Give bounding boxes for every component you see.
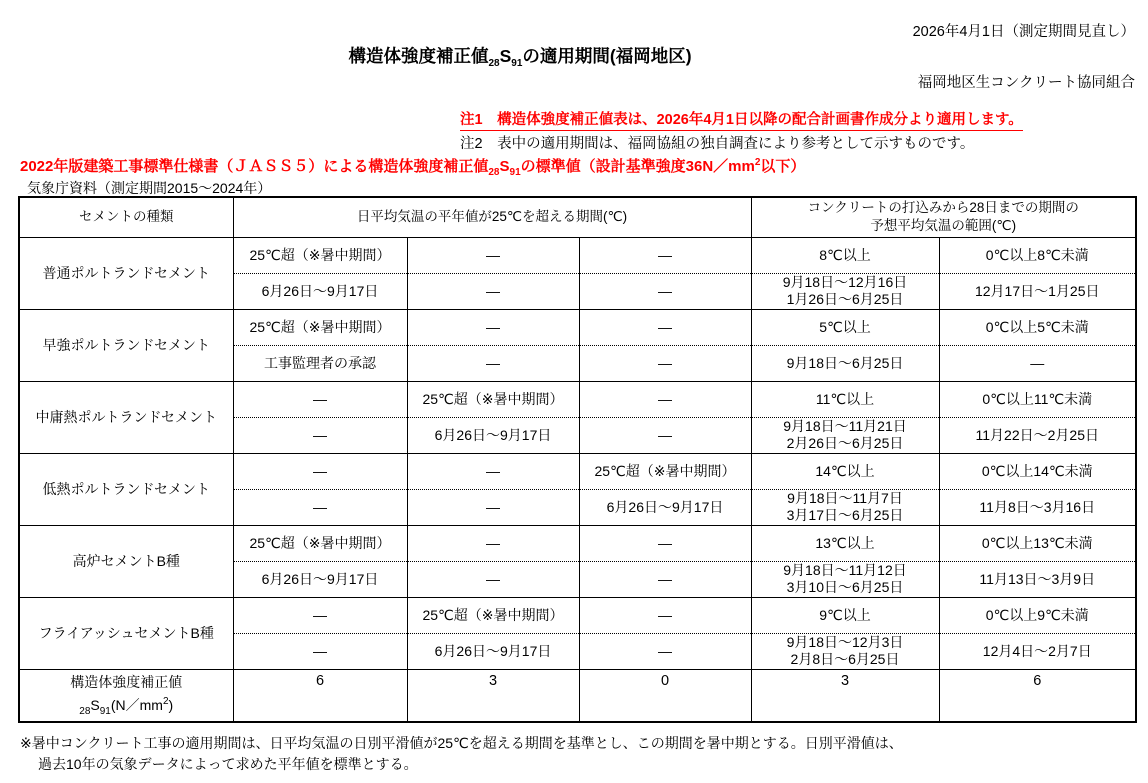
expected-temp-cell: 14℃以上: [751, 453, 939, 489]
avg-temp-period-cell: ―: [407, 453, 579, 489]
header-expected-line2: 予想平均気温の範囲(℃): [754, 217, 1134, 235]
page-container: 2026年4月1日（測定期間見直し） 構造体強度補正値28S91の適用期間(福岡…: [0, 0, 1148, 783]
temp-range-cell: ―: [939, 345, 1136, 381]
avg-temp-period-cell: ―: [233, 381, 407, 417]
cement-row-upper: 早強ポルトランドセメント25℃超（※暑中期間）――5℃以上0℃以上5℃未満: [19, 309, 1136, 345]
temp-range-cell: 11月8日～3月16日: [939, 489, 1136, 525]
avg-temp-period-cell: 25℃超（※暑中期間）: [407, 381, 579, 417]
correction-value-cell: 3: [407, 669, 579, 722]
avg-temp-period-cell: 6月26日～9月17日: [407, 633, 579, 669]
std-heading-prefix: 2022年版建築工事標準仕様書（ＪＡＳＳ５）による構造体強度補正値: [20, 158, 488, 175]
expected-temp-cell: 9℃以上: [751, 597, 939, 633]
avg-temp-period-cell: ―: [407, 309, 579, 345]
avg-temp-period-cell: 25℃超（※暑中期間）: [233, 309, 407, 345]
avg-temp-period-cell: ―: [579, 381, 751, 417]
expected-temp-cell: 13℃以上: [751, 525, 939, 561]
note-2: 注2 表中の適用期間は、福岡協組の独自調査により参考として示すものです。: [460, 132, 974, 153]
avg-temp-period-cell: ―: [407, 237, 579, 273]
footnote-line-2: 過去10年の気象データによって求めた平年値を標準とする。: [38, 754, 418, 774]
cement-row-upper: 中庸熱ポルトランドセメント―25℃超（※暑中期間）―11℃以上0℃以上11℃未満: [19, 381, 1136, 417]
footnote-line-1: ※暑中コンクリート工事の適用期間は、日平均気温の日別平滑値が25℃を超える期間を…: [20, 733, 903, 753]
std-heading-subscript-91: 91: [510, 167, 521, 178]
cement-row-upper: 高炉セメントB種25℃超（※暑中期間）――13℃以上0℃以上13℃未満: [19, 525, 1136, 561]
avg-temp-period-cell: 25℃超（※暑中期間）: [233, 237, 407, 273]
avg-temp-period-cell: 25℃超（※暑中期間）: [233, 525, 407, 561]
correction-subscript-91: 91: [100, 706, 111, 717]
std-heading-suffix: 以下）: [760, 158, 805, 175]
header-cement-type: セメントの種類: [19, 197, 233, 237]
correction-value-cell: 6: [939, 669, 1136, 722]
avg-temp-period-cell: ―: [233, 633, 407, 669]
title-s: S: [500, 46, 512, 66]
temp-range-cell: 0℃以上5℃未満: [939, 309, 1136, 345]
expected-temp-cell: 9月18日～11月21日 2月26日～6月25日: [751, 417, 939, 453]
avg-temp-period-cell: ―: [579, 237, 751, 273]
correction-label-cell: 構造体強度補正値 28S91(N／mm2): [19, 669, 233, 722]
document-date: 2026年4月1日（測定期間見直し）: [913, 20, 1135, 41]
cement-row-upper: フライアッシュセメントB種―25℃超（※暑中期間）―9℃以上0℃以上9℃未満: [19, 597, 1136, 633]
correction-value-cell: 3: [751, 669, 939, 722]
title-suffix: の適用期間(福岡地区): [522, 46, 691, 66]
avg-temp-period-cell: ―: [233, 453, 407, 489]
avg-temp-period-cell: ―: [579, 561, 751, 597]
correction-value-cell: 6: [233, 669, 407, 722]
cement-name-cell: 高炉セメントB種: [19, 525, 233, 597]
header-expected-line1: コンクリートの打込みから28日までの期間の: [754, 199, 1134, 217]
avg-temp-period-cell: 25℃超（※暑中期間）: [579, 453, 751, 489]
avg-temp-period-cell: ―: [407, 273, 579, 309]
temp-range-cell: 12月17日～1月25日: [939, 273, 1136, 309]
cement-name-cell: 普通ポルトランドセメント: [19, 237, 233, 309]
page-title: 構造体強度補正値28S91の適用期間(福岡地区): [0, 43, 1040, 69]
correction-subscript-28: 28: [79, 706, 90, 717]
header-expected-temp-range: コンクリートの打込みから28日までの期間の 予想平均気温の範囲(℃): [751, 197, 1136, 237]
avg-temp-period-cell: ―: [579, 597, 751, 633]
avg-temp-period-cell: ―: [233, 597, 407, 633]
avg-temp-period-cell: ―: [407, 561, 579, 597]
correction-unit-prefix: (N／mm: [111, 697, 163, 713]
avg-temp-period-cell: ―: [407, 489, 579, 525]
header-avg-temp-period: 日平均気温の平年値が25℃を超える期間(℃): [233, 197, 751, 237]
cement-name-cell: 低熱ポルトランドセメント: [19, 453, 233, 525]
cement-name-cell: 中庸熱ポルトランドセメント: [19, 381, 233, 453]
temp-range-cell: 0℃以上8℃未満: [939, 237, 1136, 273]
correction-period-table: セメントの種類 日平均気温の平年値が25℃を超える期間(℃) コンクリートの打込…: [18, 196, 1137, 723]
avg-temp-period-cell: ―: [579, 345, 751, 381]
cement-row-upper: 普通ポルトランドセメント25℃超（※暑中期間）――8℃以上0℃以上8℃未満: [19, 237, 1136, 273]
std-heading-mid: の標準値（設計基準強度36N／mm: [521, 158, 755, 175]
correction-unit-suffix: ): [169, 697, 174, 713]
source-note: 気象庁資料（測定期間2015～2024年）: [27, 178, 271, 198]
temp-range-cell: 0℃以上11℃未満: [939, 381, 1136, 417]
temp-range-cell: 0℃以上14℃未満: [939, 453, 1136, 489]
avg-temp-period-cell: 6月26日～9月17日: [579, 489, 751, 525]
avg-temp-period-cell: ―: [579, 417, 751, 453]
expected-temp-cell: 9月18日～11月7日 3月17日～6月25日: [751, 489, 939, 525]
title-prefix: 構造体強度補正値: [348, 46, 488, 66]
avg-temp-period-cell: 工事監理者の承認: [233, 345, 407, 381]
correction-value-cell: 0: [579, 669, 751, 722]
temp-range-cell: 11月13日～3月9日: [939, 561, 1136, 597]
avg-temp-period-cell: ―: [407, 345, 579, 381]
correction-value-row: 構造体強度補正値 28S91(N／mm2) 6 3 0 3 6: [19, 669, 1136, 722]
note-1: 注1 構造体強度補正値表は、2026年4月1日以降の配合計画書作成分より適用しま…: [460, 108, 1023, 131]
avg-temp-period-cell: ―: [579, 309, 751, 345]
avg-temp-period-cell: ―: [233, 489, 407, 525]
correction-s: S: [90, 697, 99, 713]
cement-row-upper: 低熱ポルトランドセメント――25℃超（※暑中期間）14℃以上0℃以上14℃未満: [19, 453, 1136, 489]
std-heading-s: S: [500, 158, 510, 175]
temp-range-cell: 0℃以上9℃未満: [939, 597, 1136, 633]
temp-range-cell: 12月4日～2月7日: [939, 633, 1136, 669]
std-heading-subscript-28: 28: [488, 167, 499, 178]
table-header-row: セメントの種類 日平均気温の平年値が25℃を超える期間(℃) コンクリートの打込…: [19, 197, 1136, 237]
expected-temp-cell: 9月18日～11月12日 3月10日～6月25日: [751, 561, 939, 597]
standard-value-heading: 2022年版建築工事標準仕様書（ＪＡＳＳ５）による構造体強度補正値28S91の標…: [20, 155, 805, 178]
avg-temp-period-cell: ―: [579, 633, 751, 669]
avg-temp-period-cell: 6月26日～9月17日: [407, 417, 579, 453]
avg-temp-period-cell: 25℃超（※暑中期間）: [407, 597, 579, 633]
organization-name: 福岡地区生コンクリート協同組合: [918, 71, 1135, 92]
correction-label-line2: 28S91(N／mm2): [22, 692, 231, 721]
correction-label-line1: 構造体強度補正値: [22, 673, 231, 692]
temp-range-cell: 0℃以上13℃未満: [939, 525, 1136, 561]
avg-temp-period-cell: ―: [579, 273, 751, 309]
title-subscript-91: 91: [511, 58, 522, 69]
expected-temp-cell: 9月18日～12月3日 2月8日～6月25日: [751, 633, 939, 669]
expected-temp-cell: 9月18日～12月16日 1月26日～6月25日: [751, 273, 939, 309]
avg-temp-period-cell: 6月26日～9月17日: [233, 561, 407, 597]
expected-temp-cell: 8℃以上: [751, 237, 939, 273]
expected-temp-cell: 11℃以上: [751, 381, 939, 417]
avg-temp-period-cell: ―: [233, 417, 407, 453]
expected-temp-cell: 5℃以上: [751, 309, 939, 345]
expected-temp-cell: 9月18日～6月25日: [751, 345, 939, 381]
avg-temp-period-cell: ―: [579, 525, 751, 561]
cement-name-cell: 早強ポルトランドセメント: [19, 309, 233, 381]
avg-temp-period-cell: ―: [407, 525, 579, 561]
avg-temp-period-cell: 6月26日～9月17日: [233, 273, 407, 309]
cement-name-cell: フライアッシュセメントB種: [19, 597, 233, 669]
title-subscript-28: 28: [488, 58, 499, 69]
temp-range-cell: 11月22日～2月25日: [939, 417, 1136, 453]
